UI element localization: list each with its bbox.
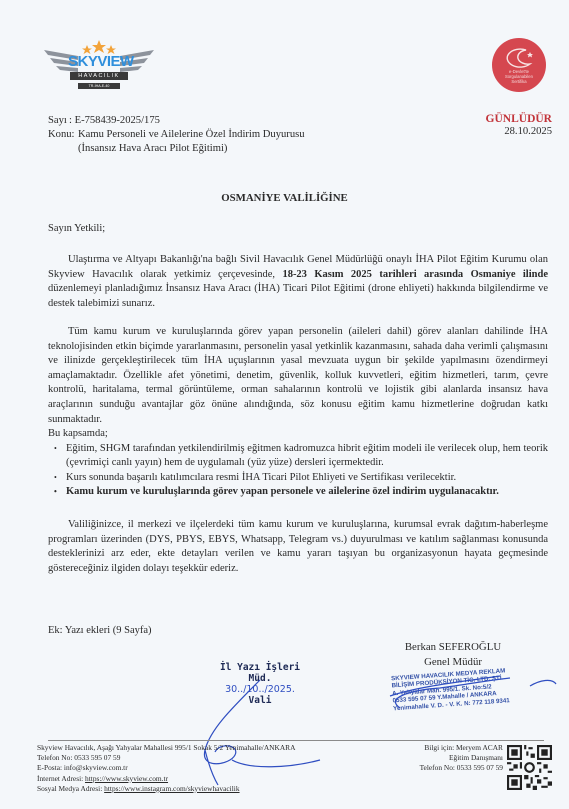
bullet-list: Eğitim, SHGM tarafından yetkilendirilmiş… bbox=[48, 442, 548, 500]
urgency-block: GÜNLÜDÜR 28.10.2025 bbox=[486, 113, 552, 138]
addressee-heading: OSMANİYE VALİLİĞİNE bbox=[0, 192, 569, 204]
paragraph-3: Valiliğinizce, il merkezi ve ilçelerdeki… bbox=[48, 518, 548, 576]
contact-phone: Telefon No: 0533 595 07 59 bbox=[420, 763, 503, 773]
contact-role: Eğitim Danışmanı bbox=[420, 753, 503, 763]
footer-address-block: Skyview Havacılık, Aşağı Yahyalar Mahall… bbox=[37, 743, 357, 794]
paragraph-2-text: Tüm kamu kurum ve kuruluşlarında görev y… bbox=[48, 326, 548, 425]
paragraph-1-bold: 18-23 Kasım 2025 tarihleri arasında Osma… bbox=[282, 269, 548, 280]
website-link[interactable]: https://www.skyview.com.tr bbox=[85, 774, 168, 783]
skyview-logo: SKYVIEW HAVACILIK TR-İHA-E-40 bbox=[44, 36, 154, 96]
edevlet-seal: e-Devlet'te Sorgulanabilen Sertifika bbox=[492, 38, 546, 92]
konu-line2: (İnsansız Hava Aracı Pilot Eğitimi) bbox=[48, 142, 305, 156]
paragraph-3-text: Valiliğinizce, il merkezi ve ilçelerdeki… bbox=[48, 519, 548, 574]
footer-contact-block: Bilgi için: Meryem ACAR Eğitim Danışmanı… bbox=[420, 743, 503, 774]
sayi-value: : E-758439-2025/175 bbox=[69, 115, 160, 126]
signature-block: Berkan SEFEROĞLU Genel Müdür bbox=[383, 640, 523, 670]
paragraph-1-part2: düzenlemeyi planladığımız İnsansız Hava … bbox=[48, 283, 548, 309]
logo-brand: SKYVIEW bbox=[68, 53, 130, 70]
salutation: Sayın Yetkili; bbox=[48, 222, 548, 237]
document-date: 28.10.2025 bbox=[486, 125, 552, 138]
attachment-note: Ek: Yazı ekleri (9 Sayfa) bbox=[48, 624, 548, 639]
scope-section: Bu kapsamda; Eğitim, SHGM tarafından yet… bbox=[48, 427, 548, 500]
document-meta: Sayı: E-758439-2025/175 Konu:Kamu Person… bbox=[48, 114, 305, 156]
urgency-badge: GÜNLÜDÜR bbox=[486, 113, 552, 125]
bullet-item: Eğitim, SHGM tarafından yetkilendirilmiş… bbox=[66, 442, 548, 471]
edevlet-crescent-icon bbox=[492, 42, 546, 72]
paragraph-1: Ulaştırma ve Altyapı Bakanlığı'na bağlı … bbox=[48, 253, 548, 311]
seal-line: Sertifika bbox=[492, 79, 546, 84]
sayi-label: Sayı bbox=[48, 114, 69, 128]
instagram-link[interactable]: https://www.instagram.com/skyviewhavacil… bbox=[104, 784, 239, 793]
logo-code: TR-İHA-E-40 bbox=[78, 83, 120, 89]
logo-sub: HAVACILIK bbox=[70, 72, 128, 80]
contact-name: Bilgi için: Meryem ACAR bbox=[420, 743, 503, 753]
konu-line1: Kamu Personeli ve Ailelerine Özel İndiri… bbox=[78, 129, 305, 140]
whatsapp-qr-code-icon[interactable] bbox=[507, 745, 552, 790]
footer-email: E-Posta: info@skyview.com.tr bbox=[37, 763, 357, 773]
signer-name: Berkan SEFEROĞLU bbox=[383, 640, 523, 655]
footer-social-label: Sosyal Medya Adresi: bbox=[37, 784, 104, 793]
bullet-item: Kurs sonunda başarılı katılımcılara resm… bbox=[66, 471, 548, 486]
footer-web-label: İnternet Adresi: bbox=[37, 774, 85, 783]
paragraph-2: Tüm kamu kurum ve kuruluşlarında görev y… bbox=[48, 325, 548, 427]
footer-phone: Telefon No: 0533 595 07 59 bbox=[37, 753, 357, 763]
konu-label: Konu: bbox=[48, 128, 78, 142]
handwritten-signature-icon bbox=[380, 668, 569, 718]
bullet-item: Kamu kurum ve kuruluşlarında görev yapan… bbox=[66, 485, 548, 500]
scope-intro: Bu kapsamda; bbox=[48, 427, 548, 442]
footer-address: Skyview Havacılık, Aşağı Yahyalar Mahall… bbox=[37, 743, 357, 753]
footer-divider bbox=[48, 740, 544, 741]
